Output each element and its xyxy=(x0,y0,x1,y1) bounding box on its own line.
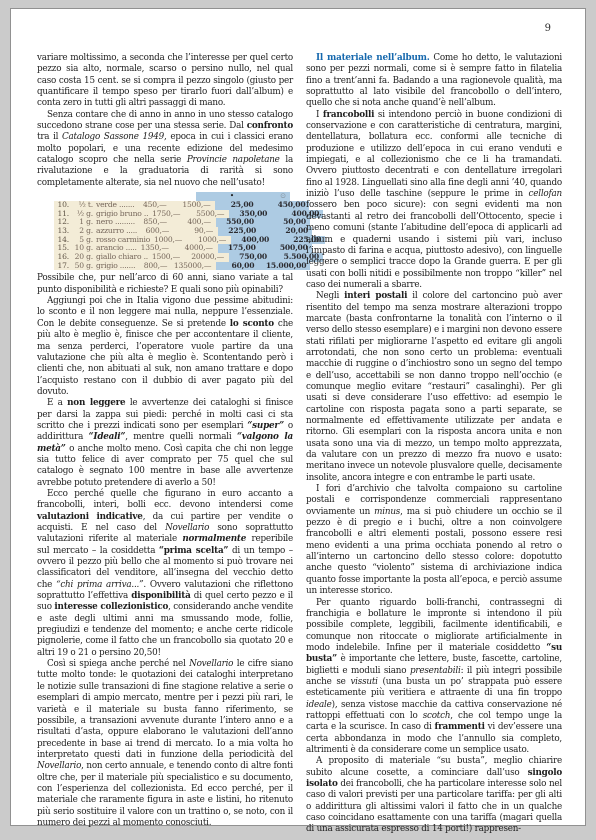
text-run: Per quanto riguardo bolli-franchi, contr… xyxy=(306,598,562,653)
right-column: Il materiale nell’album. Come ho detto, … xyxy=(306,53,562,836)
paragraph: Senza contare che di anno in anno in uno… xyxy=(37,110,293,189)
text-run: ideale xyxy=(306,700,332,710)
text-run: , ma si può chiudere un occhio se il pez… xyxy=(306,507,562,596)
text-run: interesse collezionistico xyxy=(54,602,168,612)
stamp-color-name: verde ....... xyxy=(96,201,134,210)
new-value-mint: 60,00 xyxy=(216,262,256,271)
text-run: il colore del cartoncino può aver risent… xyxy=(306,291,562,483)
paragraph: I fori d’archivio che talvolta compaiono… xyxy=(306,484,562,597)
text-run: non leggere xyxy=(67,398,125,408)
old-value-mint: 800,— xyxy=(135,262,167,271)
text-run: valutazioni indicative xyxy=(37,512,143,522)
paragraph: A proposito di materiale “su busta”, meg… xyxy=(306,756,562,835)
stamp-number: 17. xyxy=(54,262,72,271)
text-run: , mentre quelli normali xyxy=(125,432,237,442)
text-run: I xyxy=(316,110,323,120)
paragraph: Per quanto riguardo bolli-franchi, contr… xyxy=(306,598,562,757)
text-run: fossero ben poco sicure): con segni evid… xyxy=(306,200,562,289)
text-run: “chi prima arriva...” xyxy=(56,580,143,590)
paragraph: Così si spiega anche perché nel Novellar… xyxy=(37,659,293,829)
stamp-color-name: grigio ....... xyxy=(96,262,135,271)
text-run: disponibilità xyxy=(131,591,190,601)
text-run: E a xyxy=(47,398,67,408)
text-run: Novellario xyxy=(165,523,209,533)
text-run: “Ideali” xyxy=(89,432,126,442)
stamp-color-name: arancio ..... xyxy=(96,244,137,253)
text-run: scotch xyxy=(423,711,451,721)
text-run: che più alto è meglio è, finisce che per… xyxy=(37,319,293,397)
text-run: normalmente xyxy=(182,534,246,544)
left-column-text-top: variare moltissimo, a seconda che l’inte… xyxy=(37,53,293,189)
stamp-color-name: giallo chiaro .. xyxy=(96,253,148,262)
text-run: variare moltissimo, a seconda che l’inte… xyxy=(37,53,293,108)
stamp-color-name: nero ......... xyxy=(96,218,135,227)
text-run: Novellario xyxy=(189,659,233,669)
catalog-price-table: •⊙10.½ t.verde .......450,—1500,—25,0045… xyxy=(54,192,290,270)
text-run: si intendono perciò in buone condizioni … xyxy=(306,110,562,199)
text-run: vissuti xyxy=(350,677,377,687)
text-run: Possibile che, pur nell’arco di 60 anni,… xyxy=(37,273,293,294)
text-run: presentabili xyxy=(410,666,461,676)
text-run: le cifre siano tutte molto tonde: le quo… xyxy=(37,659,293,760)
old-catalog-values: 17.50 g.grigio .......800,—135000,— xyxy=(54,262,216,271)
text-run: dei francobolli, che ha particolare inte… xyxy=(306,779,562,834)
text-run: tra il xyxy=(37,132,62,142)
book-page: 9 variare moltissimo, a seconda che l’in… xyxy=(10,8,586,826)
left-column: variare moltissimo, a seconda che l’inte… xyxy=(37,53,293,836)
left-column-text-bottom: Possibile che, pur nell’arco di 60 anni,… xyxy=(37,273,293,829)
new-catalog-values: 60,0015.000,00 xyxy=(216,262,310,271)
page-number: 9 xyxy=(545,23,551,34)
section-heading: Il materiale nell’album. xyxy=(316,53,430,63)
text-run: francobolli xyxy=(323,110,374,120)
stamp-color-name: azzurro ..... xyxy=(96,227,137,236)
stamp-color-name: grigio bruno .. xyxy=(96,210,148,219)
text-run: cellofan xyxy=(529,189,562,199)
text-run: confronto xyxy=(247,121,293,131)
paragraph: Aggiungi poi che in Italia vigono due pe… xyxy=(37,296,293,398)
text-run: o anche molto meno. Così capita che chi … xyxy=(37,444,293,488)
paragraph: Possibile che, pur nell’arco di 60 anni,… xyxy=(37,273,293,296)
new-value-used: 15.000,00 xyxy=(256,262,310,271)
paragraph: Il materiale nell’album. Come ho detto, … xyxy=(306,53,562,110)
text-run: , non certo annuale, e tenendo conto di … xyxy=(37,761,293,828)
paragraph: Ecco perché quelle che figurano in euro … xyxy=(37,489,293,659)
text-columns: variare moltissimo, a seconda che l’inte… xyxy=(37,53,565,836)
paragraph: I francobolli si intendono perciò in buo… xyxy=(306,110,562,292)
text-run: A proposito di materiale “su busta”, meg… xyxy=(306,756,562,777)
text-run: minus xyxy=(374,507,400,517)
text-run: “prima scelta” xyxy=(159,546,228,556)
table-row: 17.50 g.grigio .......800,—135000,—60,00… xyxy=(54,262,290,271)
text-run: Negli xyxy=(316,291,344,301)
old-value-used: 135000,— xyxy=(167,262,216,271)
paragraph: Negli interi postali il colore del carto… xyxy=(306,291,562,484)
text-run: interi postali xyxy=(344,291,407,301)
text-run: Ecco perché quelle che figurano in euro … xyxy=(37,489,293,510)
text-run: Così si spiega anche perché nel xyxy=(47,659,189,669)
stamp-denomination: 50 g. xyxy=(72,262,96,271)
text-run: Novellario xyxy=(37,761,81,771)
text-run: Provincie napoletane xyxy=(187,155,280,165)
paragraph: variare moltissimo, a seconda che l’inte… xyxy=(37,53,293,110)
text-run: frammenti xyxy=(435,722,485,732)
text-run: lo sconto xyxy=(230,319,274,329)
text-run: “super” xyxy=(247,421,284,431)
text-run: Catalogo Sassone 1949 xyxy=(62,132,164,142)
paragraph: E a non leggere le avvertenze dei catalo… xyxy=(37,398,293,489)
